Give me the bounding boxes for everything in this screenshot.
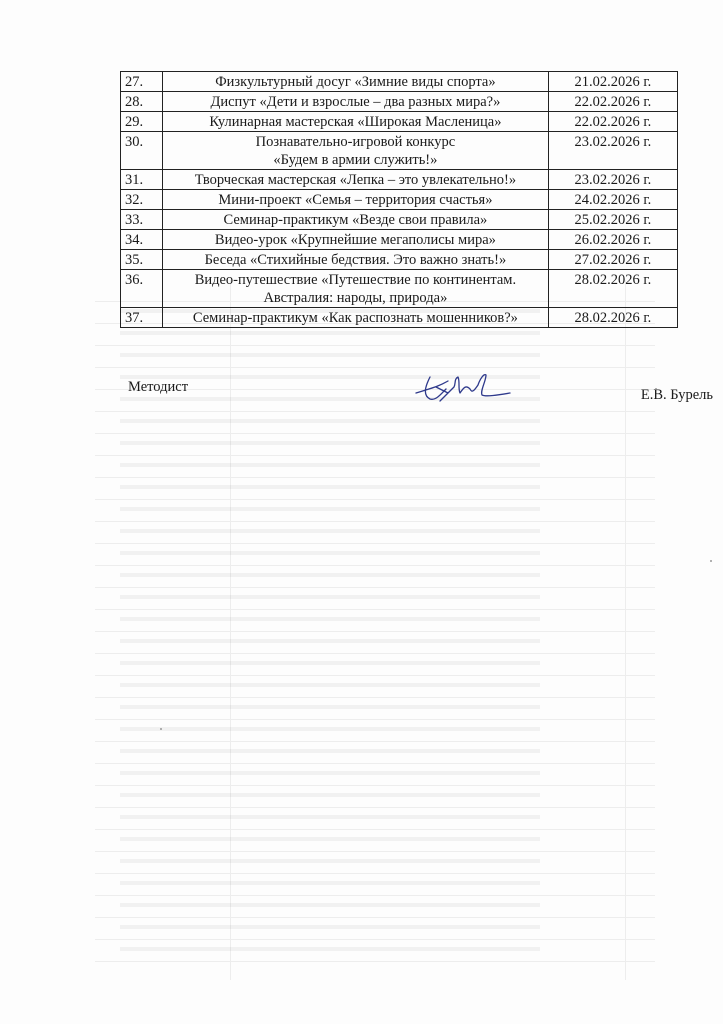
row-number: 37. <box>121 308 163 328</box>
table-row: 32.Мини-проект «Семья – территория счаст… <box>121 190 678 210</box>
signature-block: Методист Е.В. Бурель <box>128 375 713 405</box>
signer-role: Методист <box>128 379 188 396</box>
event-title-line: Австралия: народы, природа» <box>167 289 544 307</box>
event-title-line: Мини-проект «Семья – территория счастья» <box>167 191 544 209</box>
event-title: Познавательно-игровой конкурс«Будем в ар… <box>163 132 549 170</box>
event-title-line: Кулинарная мастерская «Широкая Масленица… <box>167 113 544 131</box>
event-date: 26.02.2026 г. <box>548 230 677 250</box>
events-table: 27.Физкультурный досуг «Зимние виды спор… <box>120 71 678 328</box>
event-title-line: Семинар-практикум «Везде свои правила» <box>167 211 544 229</box>
event-title-line: Физкультурный досуг «Зимние виды спорта» <box>167 73 544 91</box>
row-number: 27. <box>121 72 163 92</box>
event-date: 28.02.2026 г. <box>548 308 677 328</box>
event-title: Семинар-практикум «Везде свои правила» <box>163 210 549 230</box>
table-row: 27.Физкультурный досуг «Зимние виды спор… <box>121 72 678 92</box>
event-title: Физкультурный досуг «Зимние виды спорта» <box>163 72 549 92</box>
event-title: Мини-проект «Семья – территория счастья» <box>163 190 549 210</box>
event-date: 27.02.2026 г. <box>548 250 677 270</box>
row-number: 36. <box>121 270 163 308</box>
signer-name: Е.В. Бурель <box>641 387 713 404</box>
table-row: 35.Беседа «Стихийные бедствия. Это важно… <box>121 250 678 270</box>
event-date: 28.02.2026 г. <box>548 270 677 308</box>
table-row: 28.Диспут «Дети и взрослые – два разных … <box>121 92 678 112</box>
row-number: 28. <box>121 92 163 112</box>
table-row: 31.Творческая мастерская «Лепка – это ув… <box>121 170 678 190</box>
table-row: 37.Семинар-практикум «Как распознать мош… <box>121 308 678 328</box>
table-row: 34.Видео-урок «Крупнейшие мегаполисы мир… <box>121 230 678 250</box>
event-title-line: Видео-путешествие «Путешествие по контин… <box>167 271 544 289</box>
event-title-line: Семинар-практикум «Как распознать мошенн… <box>167 309 544 327</box>
event-title-line: Диспут «Дети и взрослые – два разных мир… <box>167 93 544 111</box>
row-number: 35. <box>121 250 163 270</box>
event-title-line: Беседа «Стихийные бедствия. Это важно зн… <box>167 251 544 269</box>
table-row: 36.Видео-путешествие «Путешествие по кон… <box>121 270 678 308</box>
row-number: 34. <box>121 230 163 250</box>
event-date: 21.02.2026 г. <box>548 72 677 92</box>
row-number: 29. <box>121 112 163 132</box>
table-row: 33.Семинар-практикум «Везде свои правила… <box>121 210 678 230</box>
event-title: Творческая мастерская «Лепка – это увлек… <box>163 170 549 190</box>
event-date: 25.02.2026 г. <box>548 210 677 230</box>
event-title: Семинар-практикум «Как распознать мошенн… <box>163 308 549 328</box>
row-number: 33. <box>121 210 163 230</box>
handwritten-signature-icon <box>408 367 518 407</box>
row-number: 32. <box>121 190 163 210</box>
event-title: Диспут «Дети и взрослые – два разных мир… <box>163 92 549 112</box>
row-number: 31. <box>121 170 163 190</box>
scan-speck <box>710 560 712 562</box>
event-title: Беседа «Стихийные бедствия. Это важно зн… <box>163 250 549 270</box>
row-number: 30. <box>121 132 163 170</box>
event-date: 23.02.2026 г. <box>548 170 677 190</box>
scan-speck <box>160 728 162 730</box>
event-title: Видео-урок «Крупнейшие мегаполисы мира» <box>163 230 549 250</box>
event-title-line: Видео-урок «Крупнейшие мегаполисы мира» <box>167 231 544 249</box>
event-title: Кулинарная мастерская «Широкая Масленица… <box>163 112 549 132</box>
table-row: 29.Кулинарная мастерская «Широкая Маслен… <box>121 112 678 132</box>
event-title: Видео-путешествие «Путешествие по контин… <box>163 270 549 308</box>
event-date: 22.02.2026 г. <box>548 112 677 132</box>
event-title-line: Познавательно-игровой конкурс <box>167 133 544 151</box>
event-title-line: «Будем в армии служить!» <box>167 151 544 169</box>
scan-speck <box>655 388 657 390</box>
event-title-line: Творческая мастерская «Лепка – это увлек… <box>167 171 544 189</box>
table-row: 30.Познавательно-игровой конкурс«Будем в… <box>121 132 678 170</box>
event-date: 23.02.2026 г. <box>548 132 677 170</box>
event-date: 24.02.2026 г. <box>548 190 677 210</box>
event-date: 22.02.2026 г. <box>548 92 677 112</box>
